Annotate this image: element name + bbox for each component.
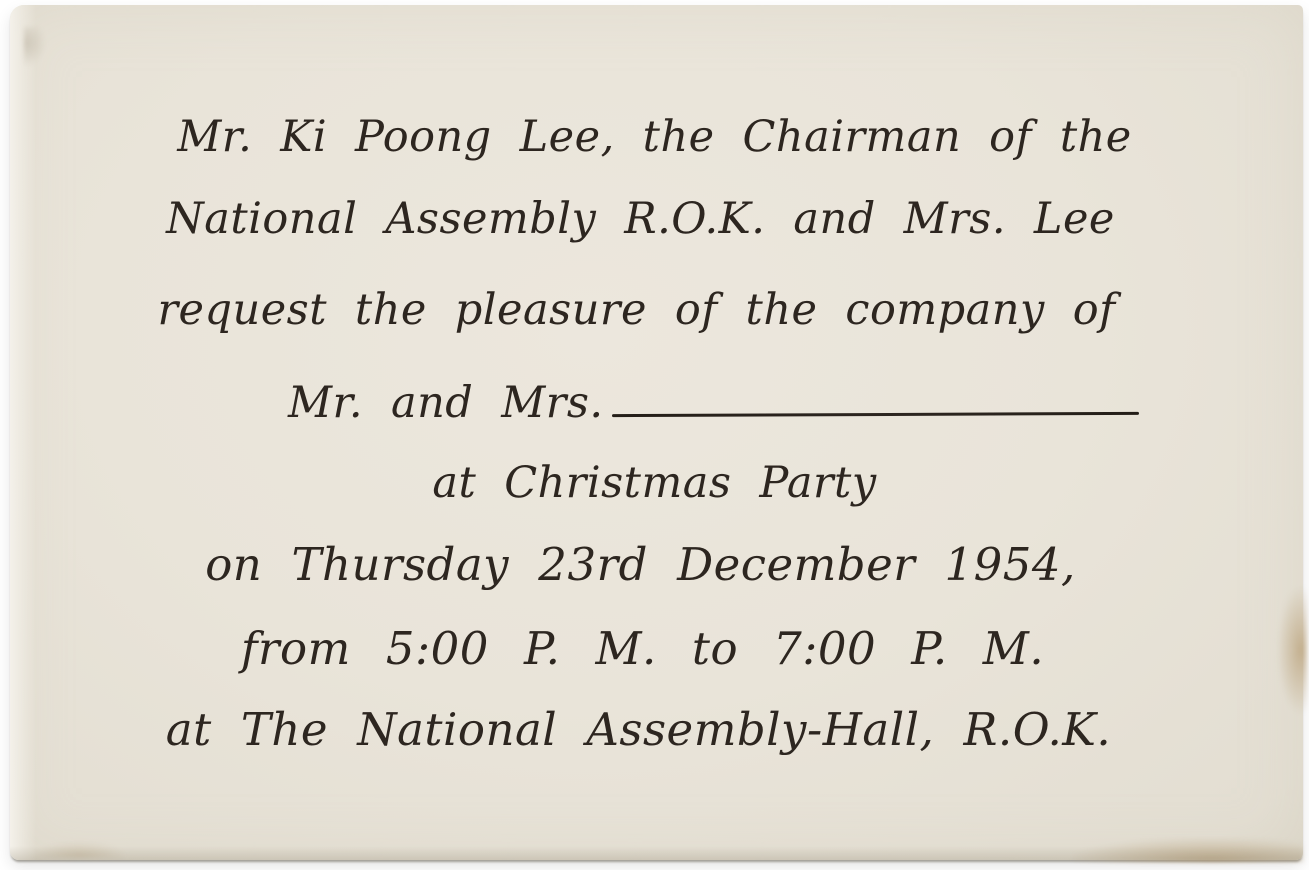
host-name-line: Mr. Ki Poong Lee, the Chairman of the xyxy=(0,112,1309,162)
invitee-prefix: Mr. and Mrs. xyxy=(288,378,604,428)
event-line: at Christmas Party xyxy=(0,458,1309,508)
scanned-invitation-photo: Mr. Ki Poong Lee, the Chairman of the Na… xyxy=(0,0,1309,870)
invitee-name-blank-line xyxy=(612,412,1139,417)
invitee-row: Mr. and Mrs. xyxy=(288,378,1139,428)
invitation-text: Mr. Ki Poong Lee, the Chairman of the Na… xyxy=(0,0,1309,870)
time-line: from 5:00 P. M. to 7:00 P. M. xyxy=(0,622,1297,675)
date-line: on Thursday 23rd December 1954, xyxy=(0,538,1295,591)
request-line: request the pleasure of the company of xyxy=(0,285,1291,335)
host-title-line: National Assembly R.O.K. and Mrs. Lee xyxy=(0,194,1295,244)
venue-line: at The National Assembly-Hall, R.O.K. xyxy=(0,703,1293,756)
